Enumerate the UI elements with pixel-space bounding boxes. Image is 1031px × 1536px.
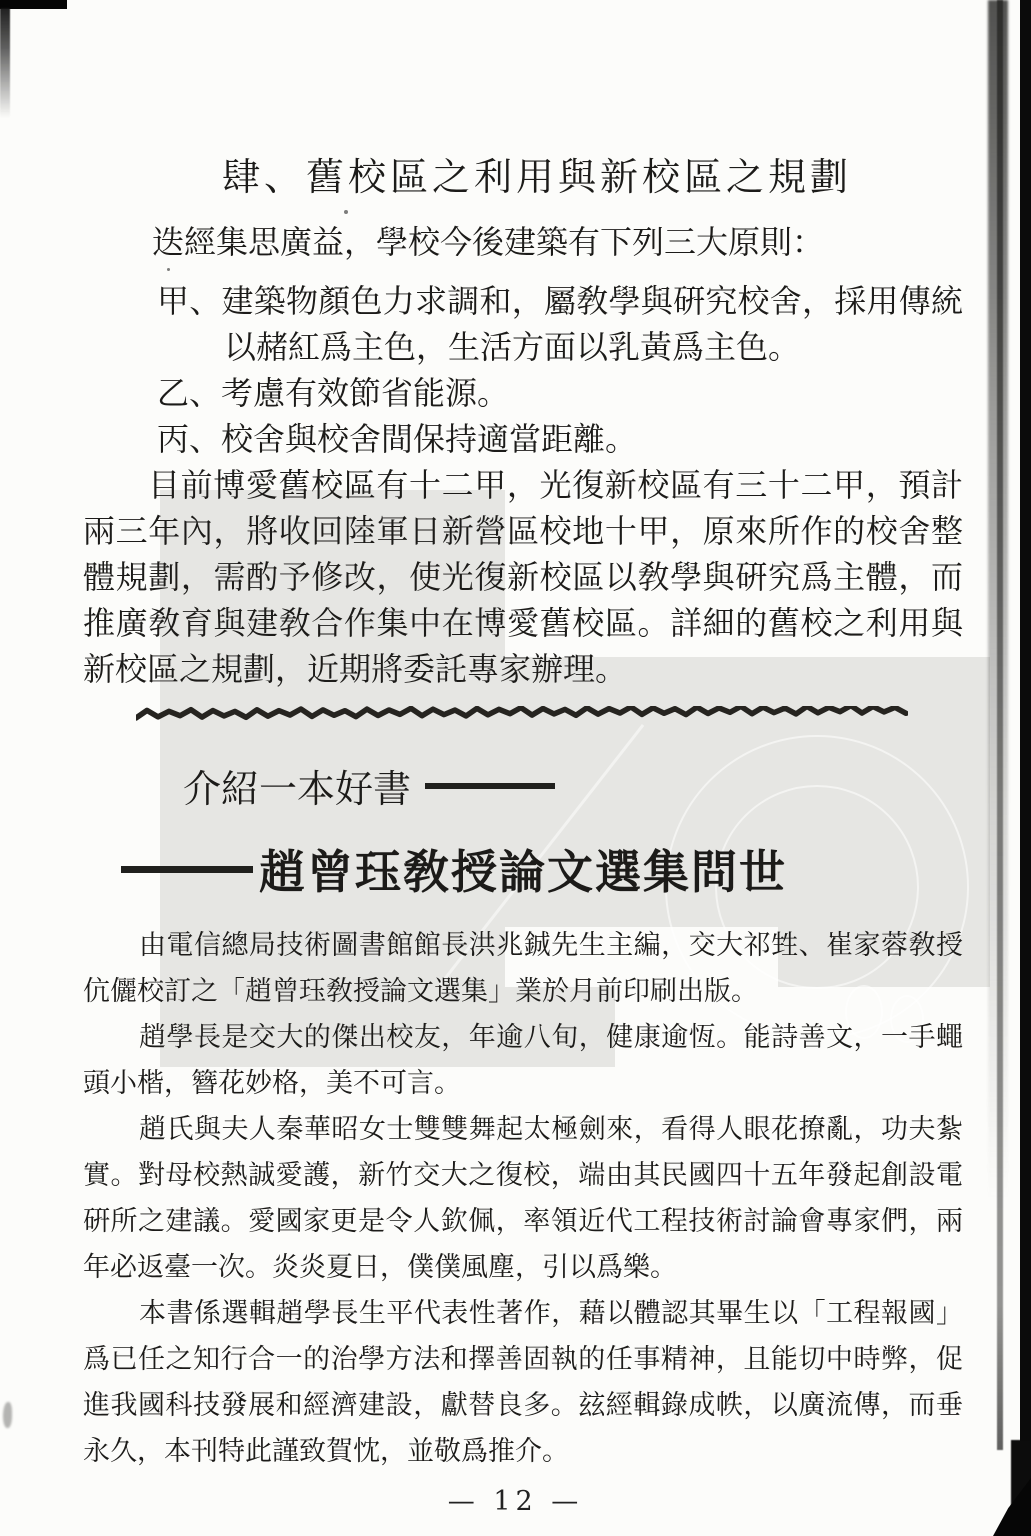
dash-rule	[425, 783, 555, 789]
scan-artifact-left-mark	[3, 1402, 12, 1428]
text-line: 實。對母校熱誠愛護，新竹交大之復校，端由其民國四十五年發起創設電	[83, 1160, 963, 1192]
scan-speck	[167, 268, 170, 271]
text-line: 硏所之建議。愛國家更是令人欽佩，率領近代工程技術討論會專家們，兩	[83, 1206, 963, 1238]
scan-artifact-right-edge	[1020, 0, 1031, 1536]
text-line: 由電信總局技術圖書館館長洪兆鋮先生主編，交大祁甡、崔家蓉敎授	[139, 930, 963, 962]
text-line: 新校區之規劃，近期將委託專家辦理。	[83, 651, 627, 689]
text-line: 丙、校舍與校舍間保持適當距離。	[157, 421, 637, 459]
text-line: 迭經集思廣益，學校今後建築有下列三大原則：	[152, 224, 824, 262]
book-title: 趙曾珏敎授論文選集問世	[259, 836, 787, 902]
text-line: 目前博愛舊校區有十二甲，光復新校區有三十二甲，預計	[148, 467, 963, 505]
book-intro-label: 介紹一本好書	[183, 758, 411, 813]
scan-speck	[344, 210, 348, 214]
text-line: 年必返臺一次。炎炎夏日，僕僕風塵，引以爲樂。	[83, 1252, 677, 1284]
scanned-page: 肆、舊校區之利用與新校區之規劃 迭經集思廣益，學校今後建築有下列三大原則： 甲、…	[0, 0, 1031, 1536]
scan-artifact-fold-line	[997, 0, 1003, 1450]
text-line: 本書係選輯趙學長生平代表性著作，藉以體認其畢生以「工程報國」	[139, 1298, 963, 1330]
text-line: 甲、建築物顏色力求調和，屬敎學與硏究校舍，採用傳統	[157, 283, 963, 321]
text-line: 趙氏與夫人秦華昭女士雙雙舞起太極劍來，看得人眼花撩亂，功夫紮	[139, 1114, 963, 1146]
section-heading: 肆、舊校區之利用與新校區之規劃	[222, 146, 852, 201]
text-line: 永久，本刊特此謹致賀忱，並敬爲推介。	[83, 1436, 569, 1468]
text-line: 頭小楷，簪花妙格，美不可言。	[83, 1068, 461, 1100]
text-line: 進我國科技發展和經濟建設，獻替良多。玆經輯錄成帙，以廣流傳，而垂	[83, 1390, 963, 1422]
text-line: 乙、考慮有效節省能源。	[157, 375, 509, 413]
scan-artifact-left-smudge	[0, 8, 10, 118]
page-number: — 12 —	[0, 1486, 1031, 1517]
text-line: 以赭紅爲主色，生活方面以乳黃爲主色。	[224, 329, 800, 367]
text-line: 爲已任之知行合一的治學方法和擇善固執的任事精神，且能切中時弊，促	[83, 1344, 963, 1376]
text-line: 趙學長是交大的傑出校友，年逾八旬，健康逾恆。能詩善文，一手蠅	[139, 1022, 963, 1054]
book-title-row: 趙曾珏敎授論文選集問世	[121, 836, 787, 902]
dash-rule	[121, 866, 253, 873]
text-line: 體規劃，需酌予修改，使光復新校區以敎學與硏究爲主體，而	[83, 559, 963, 597]
scan-speck	[530, 630, 533, 633]
text-line: 伉儷校訂之「趙曾珏敎授論文選集」業於月前印刷出版。	[83, 976, 758, 1008]
book-intro-row: 介紹一本好書	[183, 758, 555, 813]
text-line: 推廣敎育與建敎合作集中在博愛舊校區。詳細的舊校之利用與	[83, 605, 963, 643]
squiggle-divider	[136, 706, 908, 726]
scan-artifact-top-bar	[0, 0, 67, 9]
text-line: 兩三年內，將收回陸軍日新營區校地十甲，原來所作的校舍整	[83, 513, 963, 551]
